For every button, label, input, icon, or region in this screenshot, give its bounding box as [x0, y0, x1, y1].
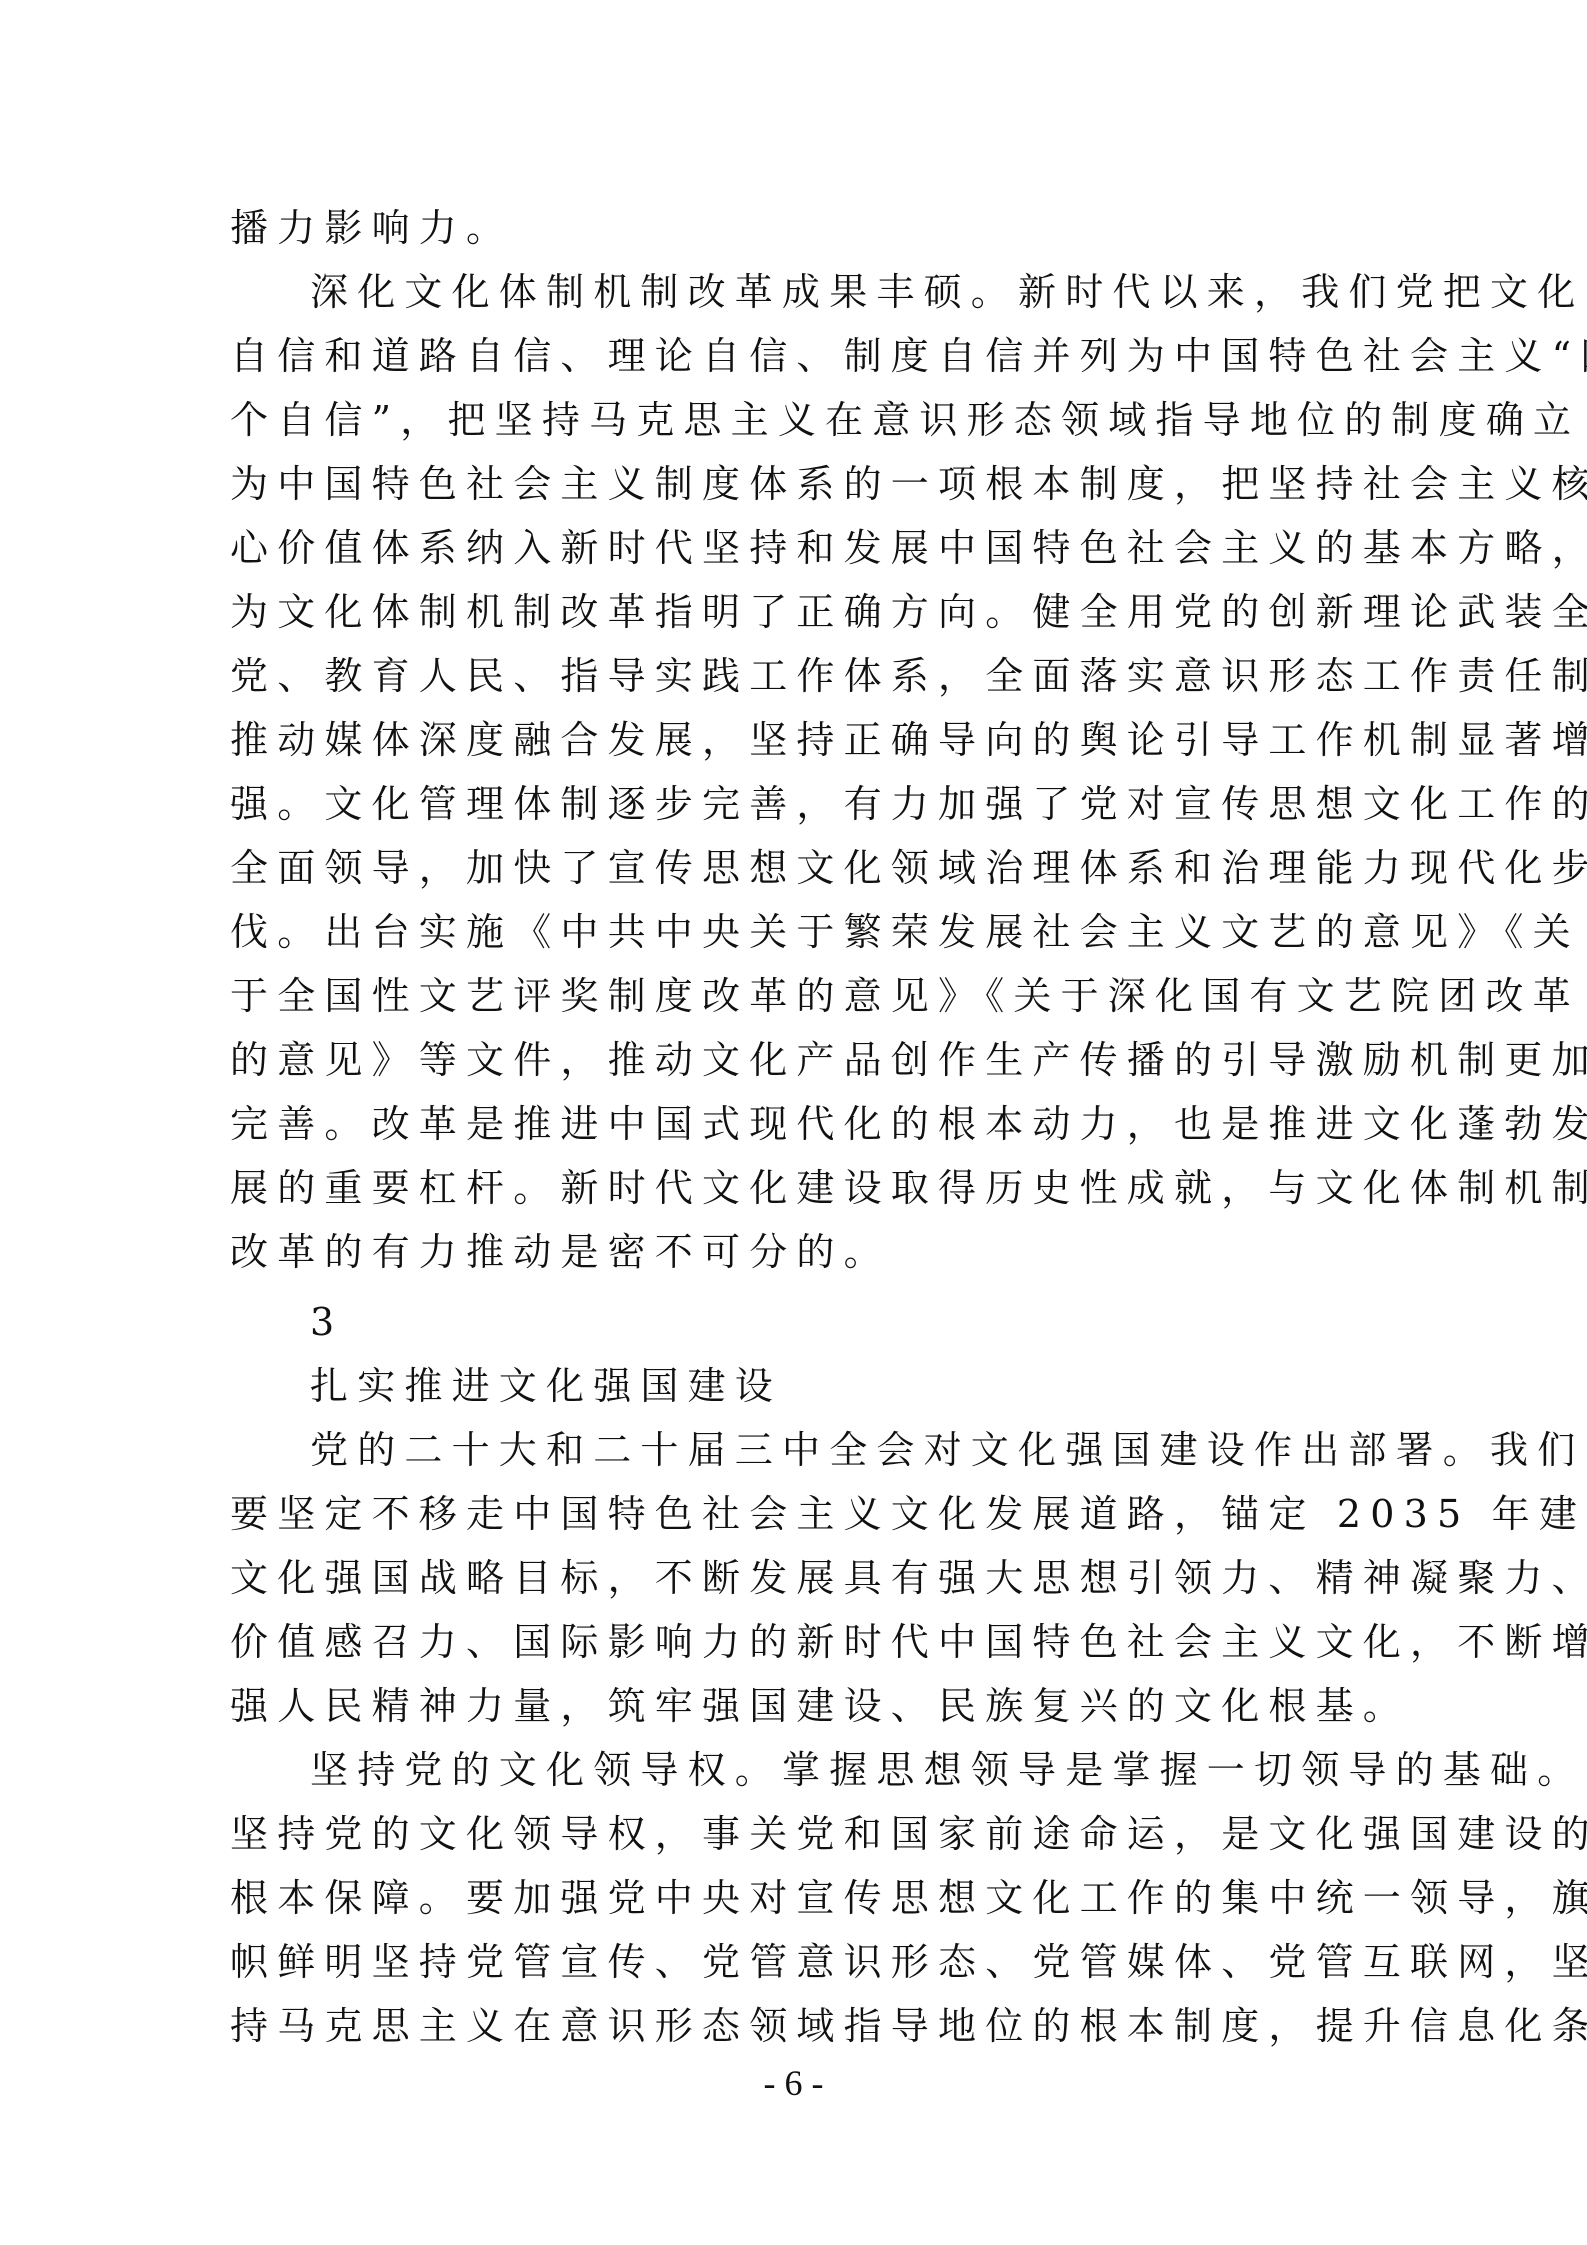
paragraph-line: 强人民精神力量，筑牢强国建设、民族复兴的文化根基。: [230, 1674, 1390, 1738]
page-number: - 6 -: [0, 2062, 1587, 2104]
paragraph-line: 根本保障。要加强党中央对宣传思想文化工作的集中统一领导，旗: [230, 1866, 1390, 1930]
paragraph-line: 完善。改革是推进中国式现代化的根本动力，也是推进文化蓬勃发: [230, 1092, 1390, 1156]
section-heading: 扎实推进文化强国建设: [310, 1354, 1470, 1418]
section-number: 3: [310, 1290, 1470, 1354]
paragraph-line: 帜鲜明坚持党管宣传、党管意识形态、党管媒体、党管互联网，坚: [230, 1930, 1390, 1994]
paragraph-line: 展的重要杠杆。新时代文化建设取得历史性成就，与文化体制机制: [230, 1156, 1390, 1220]
document-page: 播力影响力。深化文化体制机制改革成果丰硕。新时代以来，我们党把文化自信和道路自信…: [0, 0, 1587, 2245]
paragraph-line: 价值感召力、国际影响力的新时代中国特色社会主义文化，不断增: [230, 1610, 1390, 1674]
paragraph-first-line: 坚持党的文化领导权。掌握思想领导是掌握一切领导的基础。: [310, 1738, 1470, 1802]
paragraph-first-line: 深化文化体制机制改革成果丰硕。新时代以来，我们党把文化: [310, 260, 1470, 324]
paragraph-line: 坚持党的文化领导权，事关党和国家前途命运，是文化强国建设的: [230, 1802, 1390, 1866]
paragraph-line: 改革的有力推动是密不可分的。: [230, 1220, 1390, 1284]
paragraph-line: 强。文化管理体制逐步完善，有力加强了党对宣传思想文化工作的: [230, 772, 1390, 836]
paragraph-line: 为文化体制机制改革指明了正确方向。健全用党的创新理论武装全: [230, 580, 1390, 644]
paragraph-line: 于全国性文艺评奖制度改革的意见》《关于深化国有文艺院团改革: [230, 964, 1390, 1028]
paragraph-line: 要坚定不移走中国特色社会主义文化发展道路，锚定 2035 年建成: [230, 1482, 1390, 1546]
paragraph-first-line: 党的二十大和二十届三中全会对文化强国建设作出部署。我们: [310, 1418, 1470, 1482]
paragraph-line: 推动媒体深度融合发展，坚持正确导向的舆论引导工作机制显著增: [230, 708, 1390, 772]
paragraph-line: 的意见》等文件，推动文化产品创作生产传播的引导激励机制更加: [230, 1028, 1390, 1092]
paragraph-line: 播力影响力。: [230, 196, 1390, 260]
paragraph-line: 个自信”，把坚持马克思主义在意识形态领域指导地位的制度确立: [230, 388, 1390, 452]
paragraph-line: 全面领导，加快了宣传思想文化领域治理体系和治理能力现代化步: [230, 836, 1390, 900]
paragraph-line: 心价值体系纳入新时代坚持和发展中国特色社会主义的基本方略，: [230, 516, 1390, 580]
paragraph-line: 自信和道路自信、理论自信、制度自信并列为中国特色社会主义“四: [230, 324, 1390, 388]
paragraph-line: 党、教育人民、指导实践工作体系，全面落实意识形态工作责任制，: [230, 644, 1390, 708]
paragraph-line: 文化强国战略目标，不断发展具有强大思想引领力、精神凝聚力、: [230, 1546, 1390, 1610]
paragraph-line: 为中国特色社会主义制度体系的一项根本制度，把坚持社会主义核: [230, 452, 1390, 516]
paragraph-line: 伐。出台实施《中共中央关于繁荣发展社会主义文艺的意见》《关: [230, 900, 1390, 964]
paragraph-line: 持马克思主义在意识形态领域指导地位的根本制度，提升信息化条: [230, 1994, 1390, 2058]
